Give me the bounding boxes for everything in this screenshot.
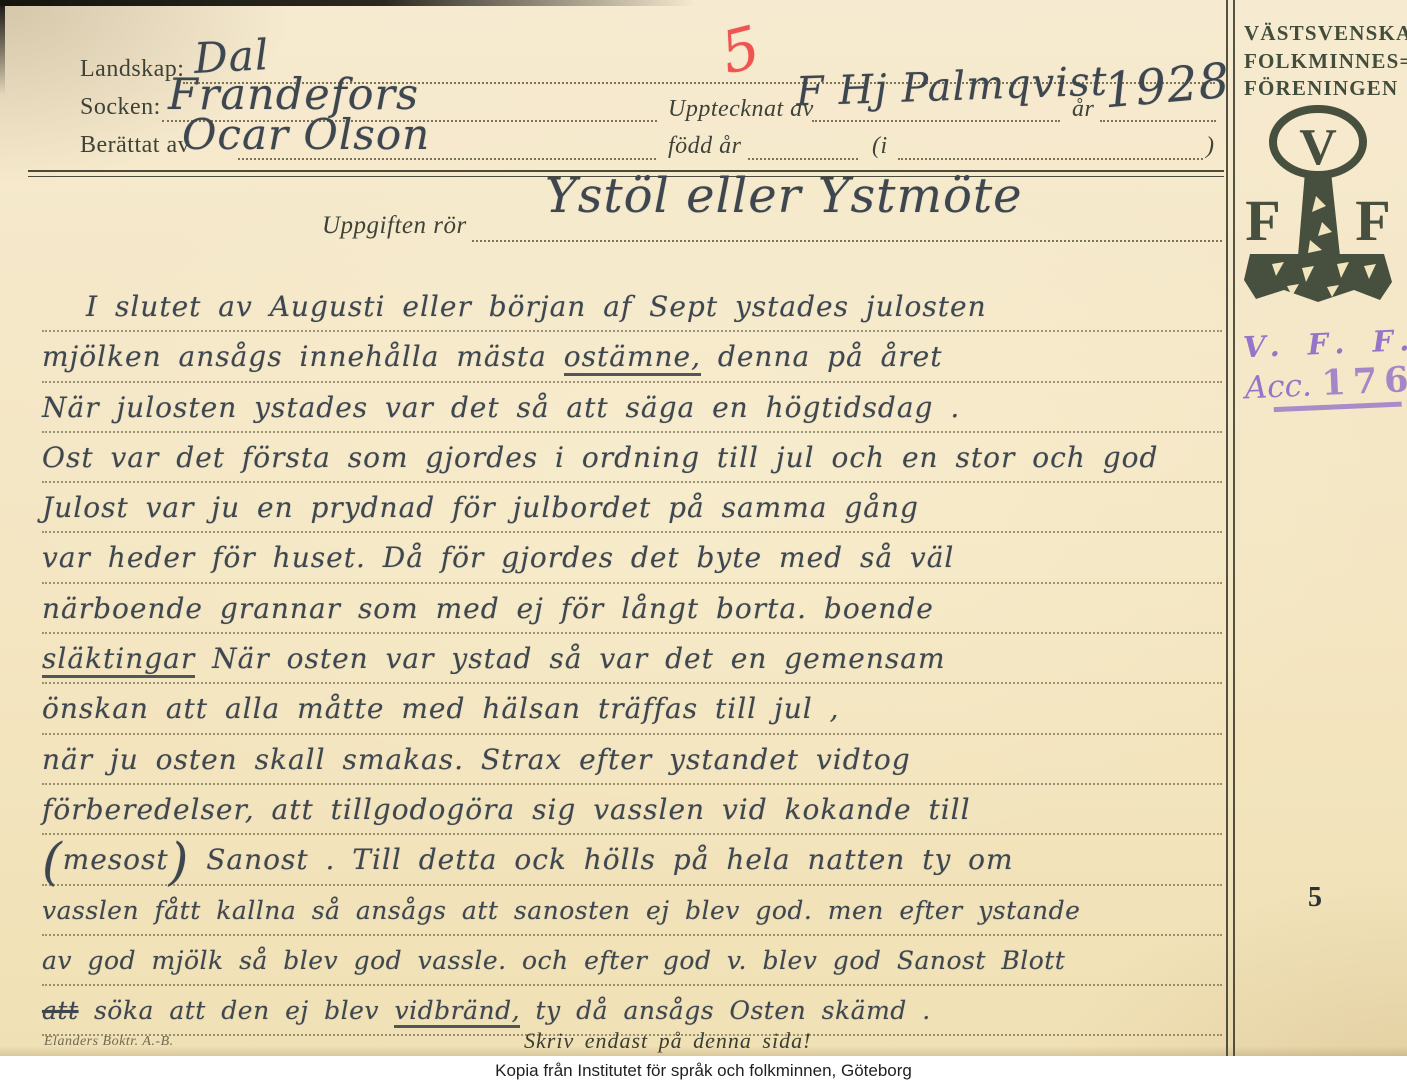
handwritten-line: Ost var det första som gjordes i ordning… [42, 433, 1222, 483]
upptecknat-value-handwritten: F Hj Palmqvist [795, 59, 1108, 116]
scanned-document-page: 5 Landskap: Dal Socken: Frandefors Berät… [0, 0, 1407, 1085]
stamp-accession-line: Acc. 1767 [1244, 358, 1407, 408]
handwritten-line: av god mjölk så blev god vassle. och eft… [42, 936, 1222, 986]
handwritten-line: vasslen fått kallna så ansågs att sanost… [42, 886, 1222, 936]
accession-stamp: V. F. F. Acc. 1767 [1242, 322, 1407, 414]
scan-bottom-shadow [0, 1046, 1407, 1056]
logo-letter-f-right: F [1355, 188, 1390, 253]
socken-label: Socken: [80, 94, 161, 121]
berattat-av-label: Berättat av [80, 132, 190, 159]
hammer-head [1244, 254, 1392, 302]
handwritten-line: Julost var ju en prydnad för julbordet p… [42, 483, 1222, 533]
thors-hammer-logo: V F F [1242, 104, 1392, 319]
handwritten-line: I slutet av Augusti eller början af Sept… [42, 282, 1222, 332]
ar-label: år [1072, 96, 1094, 123]
org-line-3: FÖRENINGEN [1244, 75, 1407, 103]
organization-name: VÄSTSVENSKA FOLKMINNES= FÖRENINGEN [1244, 20, 1407, 103]
handwritten-line: (mesost) Sanost . Till detta ock hölls p… [42, 835, 1222, 885]
fodd-paren-dotted-line [898, 158, 1203, 160]
margin-rule-inner [1233, 0, 1235, 1056]
uppgiften-value-handwritten: Ystöl eller Ystmöte [545, 168, 1023, 224]
stamp-acc-prefix: Acc. [1244, 367, 1312, 406]
upptecknat-av-label: Upptecknat av [668, 96, 814, 123]
berattat-value-handwritten: Ocar Olson [182, 110, 430, 159]
stamp-org-initials: V. F. F. [1242, 322, 1407, 365]
handwritten-line: mjölken ansågs innehålla mästa ostämne, … [42, 332, 1222, 382]
org-line-1: VÄSTSVENSKA [1244, 20, 1407, 48]
fodd-paren-open: (i [872, 133, 888, 160]
fodd-ar-dotted-line [748, 158, 858, 160]
logo-letter-v: V [1299, 119, 1337, 176]
handwritten-line: förberedelser, att tillgodogöra sig vass… [42, 785, 1222, 835]
page-number: 5 [1308, 882, 1322, 914]
handwritten-line: släktingar När osten var ystad så var de… [42, 634, 1222, 684]
handwritten-line: när ju osten skall smakas. Strax efter y… [42, 735, 1222, 785]
logo-letter-f-left: F [1245, 188, 1280, 253]
handwritten-body: I slutet av Augusti eller början af Sept… [42, 282, 1222, 1036]
hammer-handle [1298, 172, 1340, 256]
stamp-acc-number: 1767 [1321, 358, 1407, 404]
handwritten-line: önskan att alla måtte med hälsan träffas… [42, 684, 1222, 734]
red-page-annotation: 5 [714, 13, 766, 88]
handwritten-line: var heder för huset. Då för gjordes det … [42, 533, 1222, 583]
uppgiften-dotted-line [472, 240, 1222, 242]
ar-value-handwritten: 1928 [1102, 53, 1233, 120]
fodd-paren-close: ) [1206, 133, 1215, 160]
handwritten-line: När julosten ystades var det så att säga… [42, 383, 1222, 433]
archive-copy-notice: Kopia från Institutet för språk och folk… [0, 1056, 1407, 1085]
ar-dotted-line [1100, 120, 1216, 122]
scan-edge-left [0, 0, 5, 95]
uppgiften-ror-label: Uppgiften rör [322, 212, 467, 240]
upptecknat-dotted-line [812, 120, 1060, 122]
margin-rule-outer [1226, 0, 1228, 1056]
fodd-ar-label: född år [668, 133, 742, 160]
handwritten-line: närboende grannar som med ej för långt b… [42, 584, 1222, 634]
scan-edge-top [0, 0, 695, 6]
org-line-2: FOLKMINNES= [1244, 48, 1407, 76]
